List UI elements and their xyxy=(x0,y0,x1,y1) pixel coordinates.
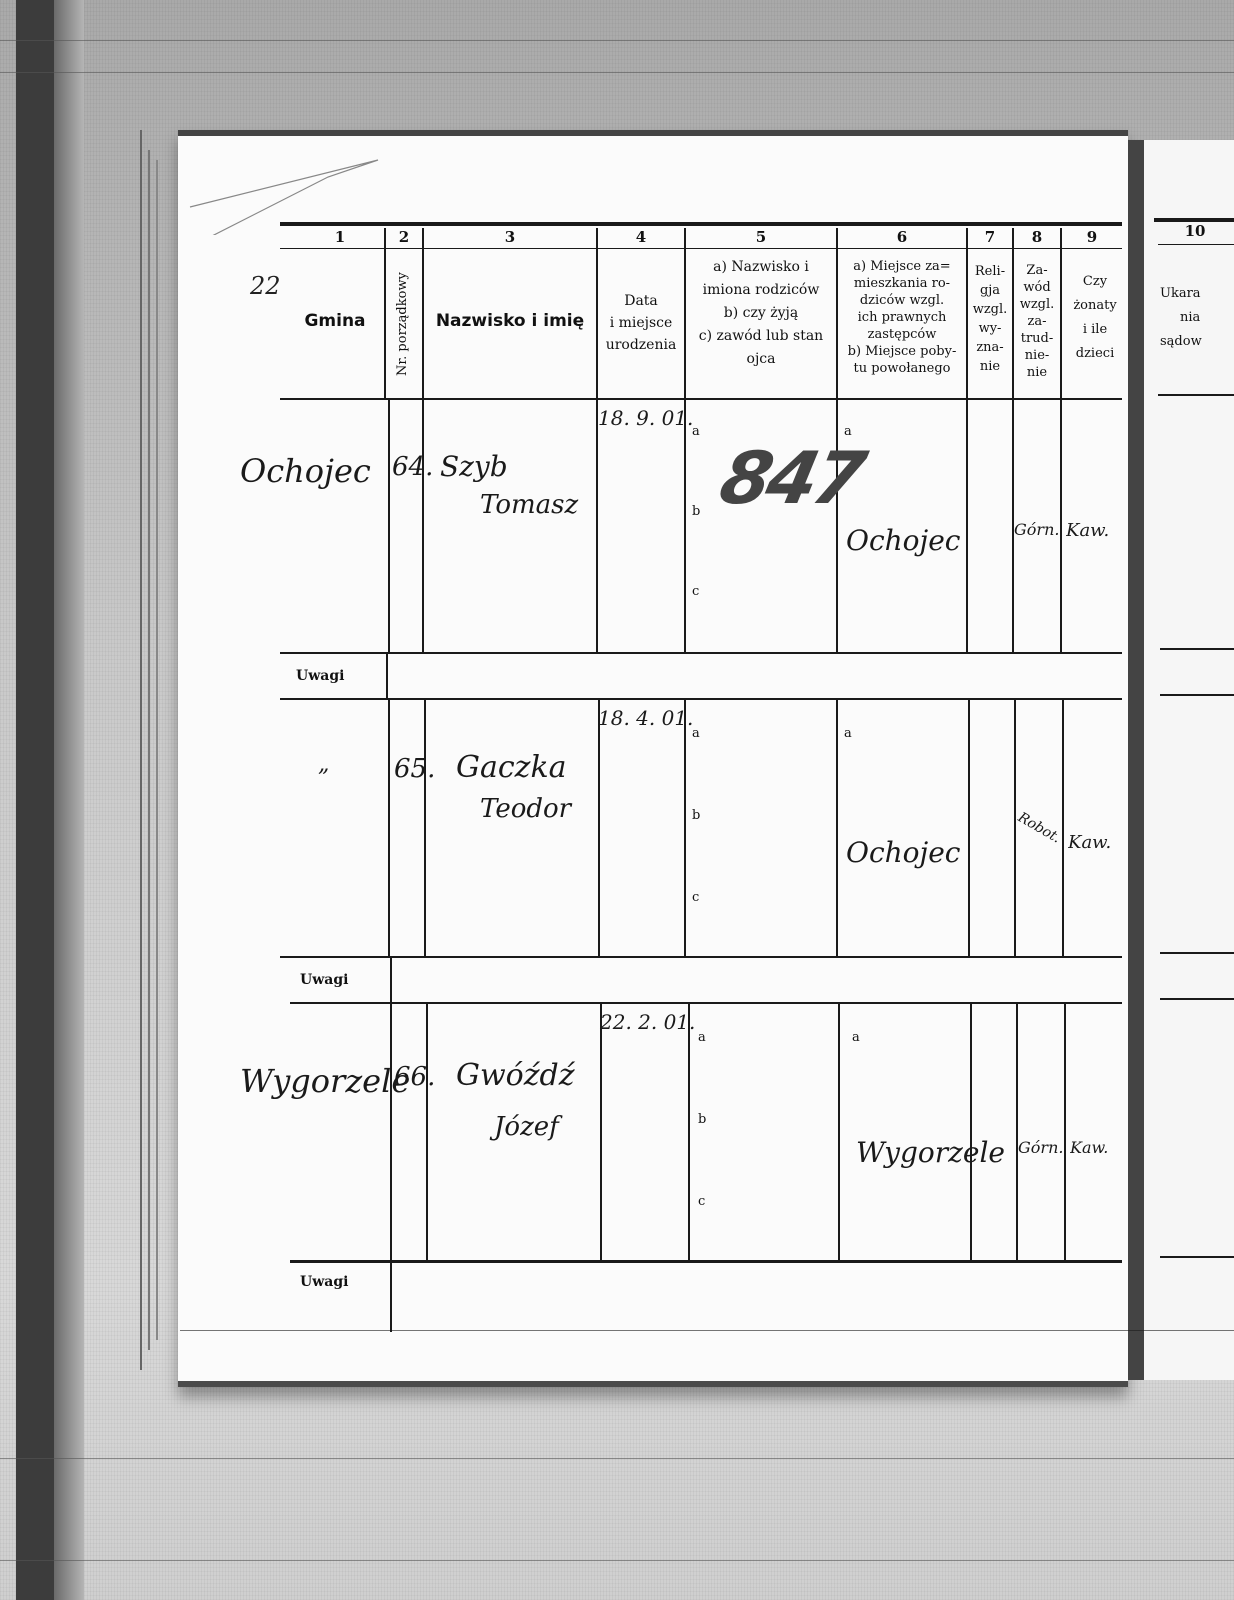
column-divider xyxy=(1064,1004,1066,1260)
header-miejsce-zamieszkania: a) Miejsce za= mieszkania ro- dziców wzg… xyxy=(838,258,966,377)
header-line: a) Miejsce za= xyxy=(838,258,966,275)
column-number-4: 4 xyxy=(598,228,684,246)
column-divider xyxy=(424,700,426,956)
column-number-6: 6 xyxy=(838,228,966,246)
gmina-value: Wygorzele xyxy=(240,1062,410,1100)
remarks-top-rule-right xyxy=(1160,1256,1234,1258)
column-number-3: 3 xyxy=(424,228,596,246)
column-divider xyxy=(1062,700,1064,956)
header-line: ojca xyxy=(686,348,836,371)
header-bottom-rule xyxy=(280,398,1122,400)
remarks-top-rule-right xyxy=(1160,952,1234,954)
surname-value: Gaczka xyxy=(456,750,567,785)
header-line: urodzenia xyxy=(598,334,684,356)
binding-edge xyxy=(54,0,84,1600)
header-line: c) zawód lub stan xyxy=(686,325,836,348)
birth-date-value: 22. 2. 01. xyxy=(600,1010,695,1034)
remarks-bottom-rule xyxy=(290,1002,1122,1004)
header-line: Reli- xyxy=(968,262,1012,281)
remarks-top-rule xyxy=(280,956,1122,958)
remarks-bottom-rule xyxy=(180,1330,1234,1331)
header-line: wód xyxy=(1014,279,1060,296)
given-name-value: Teodor xyxy=(480,794,571,824)
header-line: nia xyxy=(1160,306,1234,330)
column-divider xyxy=(1060,400,1062,652)
remarks-top-rule xyxy=(290,1260,1122,1263)
remarks-bottom-rule-right xyxy=(1160,694,1234,696)
column-divider xyxy=(596,228,598,398)
marital-value: Kaw. xyxy=(1070,1138,1124,1157)
nr-value: 66. xyxy=(394,1062,435,1092)
header-nr-porzadkowy: Nr. porządkowy xyxy=(394,258,416,390)
header-line: b) czy żyją xyxy=(686,302,836,325)
header-top-rule xyxy=(280,222,1122,226)
header-gmina: Gmina xyxy=(290,312,380,330)
sub-label-c: c xyxy=(698,1194,705,1209)
gmina-value: Ochojec xyxy=(240,452,371,490)
surname-value: Gwóźdź xyxy=(456,1058,575,1093)
header-line: tu powołanego xyxy=(838,360,966,377)
column-divider xyxy=(600,1004,602,1260)
sub-label-c: c xyxy=(692,890,699,905)
sub-label-c: c xyxy=(692,584,699,599)
colnum-rule xyxy=(280,248,1122,249)
header-line: wzgl. xyxy=(968,300,1012,319)
column-divider xyxy=(684,400,686,652)
column-divider xyxy=(1060,228,1062,398)
header-line: wy- xyxy=(968,319,1012,338)
column-divider xyxy=(422,228,424,398)
column-divider xyxy=(426,1004,428,1260)
occupation-value: Górn. xyxy=(1014,520,1059,539)
column-divider xyxy=(390,1004,392,1260)
background-rule xyxy=(0,1458,1234,1459)
column-divider xyxy=(422,400,424,652)
header-line: za- xyxy=(1014,313,1060,330)
header-line: i miejsce xyxy=(598,312,684,334)
binding-strip xyxy=(16,0,54,1600)
header-line: sądow xyxy=(1160,330,1234,354)
header-nazwisko-imie: Nazwisko i imię xyxy=(424,312,596,330)
column-divider xyxy=(596,400,598,652)
nr-value: 65. xyxy=(394,754,435,784)
background-rule xyxy=(0,40,1234,41)
column-divider xyxy=(684,700,686,956)
header-line: i ile xyxy=(1062,318,1128,342)
margin-page-number: 22 xyxy=(250,272,281,300)
sub-label-b: b xyxy=(692,504,700,519)
header-line: Ukara xyxy=(1160,282,1234,306)
remarks-divider xyxy=(390,1262,392,1332)
column-divider xyxy=(384,228,386,398)
birth-date-value: 18. 4. 01. xyxy=(598,706,693,730)
header-line: gja xyxy=(968,281,1012,300)
column-divider xyxy=(1016,1004,1018,1260)
header-line: Czy xyxy=(1062,270,1128,294)
remarks-bottom-rule-right xyxy=(1160,998,1234,1000)
residence-b-value: Ochojec xyxy=(846,836,960,869)
residence-b-value: Wygorzele xyxy=(856,1136,1005,1169)
column-number-2: 2 xyxy=(386,228,422,246)
column-divider xyxy=(688,1004,690,1260)
header-rodzice: a) Nazwisko i imiona rodziców b) czy żyj… xyxy=(686,256,836,371)
column-divider xyxy=(684,228,686,398)
remarks-label: Uwagi xyxy=(300,1274,348,1290)
header-religia: Reli- gja wzgl. wy- zna- nie xyxy=(968,262,1012,376)
header-line: mieszkania ro- xyxy=(838,275,966,292)
sub-label-a: a xyxy=(844,726,852,741)
colnum-rule-right xyxy=(1158,244,1234,245)
occupation-value: Górn. xyxy=(1018,1138,1063,1157)
column-divider xyxy=(838,1004,840,1260)
remarks-bottom-rule xyxy=(280,698,1122,700)
gmina-ditto-value: „ xyxy=(318,752,329,777)
column-divider xyxy=(1012,228,1014,398)
birth-date-value: 18. 9. 01. xyxy=(598,406,693,430)
header-line: nie- xyxy=(1014,347,1060,364)
header-line: ich prawnych xyxy=(838,309,966,326)
header-line: b) Miejsce poby- xyxy=(838,343,966,360)
column-number-7: 7 xyxy=(968,228,1012,246)
sub-label-a: a xyxy=(852,1030,860,1045)
header-line: żonaty xyxy=(1062,294,1128,318)
column-divider xyxy=(388,700,390,956)
column-divider xyxy=(966,228,968,398)
column-divider xyxy=(966,400,968,652)
header-line: a) Nazwisko i xyxy=(686,256,836,279)
stamp-number: 847 xyxy=(713,436,869,520)
background-rule xyxy=(0,1560,1234,1561)
header-line: Data xyxy=(598,290,684,312)
sub-label-b: b xyxy=(698,1112,706,1127)
marital-value: Kaw. xyxy=(1066,520,1124,541)
column-divider xyxy=(968,700,970,956)
column-divider xyxy=(1014,700,1016,956)
header-bottom-rule-right xyxy=(1158,394,1234,396)
column-number-1: 1 xyxy=(300,228,380,246)
column-divider xyxy=(388,400,390,652)
column-divider xyxy=(970,1004,972,1260)
header-line: nie xyxy=(968,357,1012,376)
page-stack-edge xyxy=(140,130,182,1370)
column-number-9: 9 xyxy=(1062,228,1122,246)
remarks-divider xyxy=(390,958,392,1004)
header-zonaty: Czy żonaty i ile dzieci xyxy=(1062,270,1128,366)
header-line: trud- xyxy=(1014,330,1060,347)
column-divider xyxy=(836,700,838,956)
column-number-8: 8 xyxy=(1014,228,1060,246)
header-line: zastępców xyxy=(838,326,966,343)
remarks-top-rule xyxy=(280,652,1122,654)
column-number-10: 10 xyxy=(1170,222,1220,240)
header-line: Za- xyxy=(1014,262,1060,279)
remarks-label: Uwagi xyxy=(300,972,348,988)
remarks-divider xyxy=(386,654,388,700)
marital-value: Kaw. xyxy=(1068,832,1124,853)
sheet-gutter xyxy=(1128,140,1144,1380)
column-number-5: 5 xyxy=(686,228,836,246)
header-ukarania: Ukara nia sądow xyxy=(1160,282,1234,354)
header-line: dziców wzgl. xyxy=(838,292,966,309)
column-divider xyxy=(598,700,600,956)
header-data-urodzenia: Data i miejsce urodzenia xyxy=(598,290,684,356)
background-rule xyxy=(0,72,1234,73)
given-name-value: Józef xyxy=(494,1112,559,1142)
header-line: imiona rodziców xyxy=(686,279,836,302)
remarks-top-rule-right xyxy=(1160,648,1234,650)
header-line: wzgl. xyxy=(1014,296,1060,313)
sub-label-b: b xyxy=(692,808,700,823)
header-zawod: Za- wód wzgl. za- trud- nie- nie xyxy=(1014,262,1060,381)
sub-label-a: a xyxy=(698,1030,706,1045)
header-line: zna- xyxy=(968,338,1012,357)
residence-b-value: Ochojec xyxy=(846,524,960,557)
remarks-label: Uwagi xyxy=(296,668,344,684)
given-name-value: Tomasz xyxy=(480,490,578,520)
surname-value: Szyb xyxy=(440,450,508,483)
header-line: dzieci xyxy=(1062,342,1128,366)
nr-value: 64. xyxy=(392,452,433,482)
header-line: nie xyxy=(1014,364,1060,381)
column-divider xyxy=(836,228,838,398)
